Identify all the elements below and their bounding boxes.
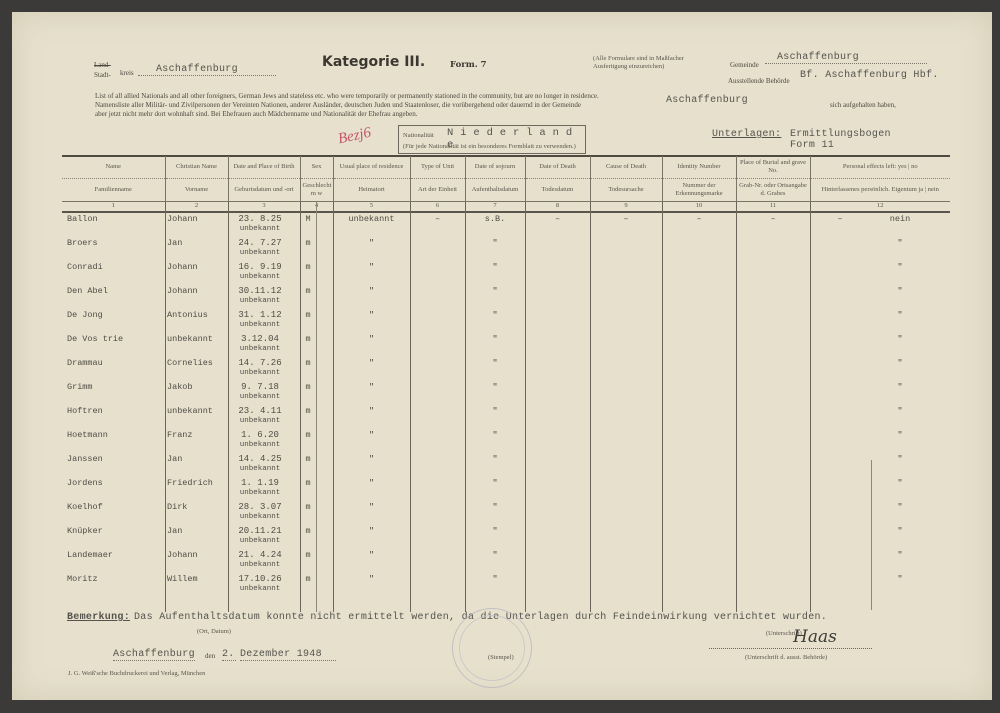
place-date-caption: (Ort, Datum) (197, 628, 231, 635)
intro-line-2: Namensliste aller Militär- und Zivilpers… (95, 101, 615, 110)
cell-dob: 14. 7.26 (230, 358, 290, 368)
col-header-death-cause: Cause of Death (590, 156, 662, 178)
cell-first: Dirk (167, 502, 227, 512)
cell-residence: " (333, 238, 410, 248)
cell-sojourn: " (465, 454, 525, 464)
sources-label: Unterlagen: (712, 129, 781, 140)
cell-dob: 17.10.26 (230, 574, 290, 584)
cell-effects-no: " (870, 334, 930, 344)
cell-effects-no: " (870, 238, 930, 248)
table-row: Hoftrenunbekannt23. 4.11unbekanntm""" (62, 406, 950, 432)
cell-sojourn: " (465, 574, 525, 584)
cell-cause: – (590, 214, 662, 224)
den-label: den (205, 652, 215, 661)
cell-pob: unbekannt (230, 225, 290, 233)
cell-first: Cornelies (167, 358, 227, 368)
col-header-birth: Date and Place of Birth (228, 156, 300, 178)
cell-sex: m (300, 454, 316, 464)
cell-first: Antonius (167, 310, 227, 320)
col-sub-christian-name: Vorname (165, 178, 228, 201)
table-row: BallonJohann23. 8.25unbekanntMunbekannt–… (62, 214, 950, 240)
cell-dob: 21. 4.24 (230, 550, 290, 560)
cell-residence: " (333, 478, 410, 488)
cell-name: Drammau (67, 358, 162, 368)
cell-residence: " (333, 286, 410, 296)
sources-value-1: Ermittlungsbogen (790, 129, 891, 140)
cell-first: Willem (167, 574, 227, 584)
cell-residence: " (333, 574, 410, 584)
table-row: Den AbelJohann30.11.12unbekanntm""" (62, 286, 950, 312)
col-header-effects: Personal effects left: yes | no (810, 156, 950, 178)
cell-residence: " (333, 334, 410, 344)
cell-first: Franz (167, 430, 227, 440)
cell-effects-no: " (870, 526, 930, 536)
cell-residence: " (333, 358, 410, 368)
cell-sex: m (300, 574, 316, 584)
cell-sex: m (300, 478, 316, 488)
cell-residence: " (333, 430, 410, 440)
table-row: KnüpkerJan20.11.21unbekanntm""" (62, 526, 950, 552)
fill-note: (Alle Formulare sind in Maßfacher Ausfer… (593, 55, 698, 71)
cell-sojourn: " (465, 526, 525, 536)
cell-sojourn: " (465, 430, 525, 440)
cell-death: – (525, 214, 590, 224)
col-sub-residence: Heimatort (333, 178, 410, 201)
signature-line (709, 648, 872, 649)
cell-effects-no: " (870, 310, 930, 320)
cell-residence: " (333, 382, 410, 392)
cell-name: Hoftren (67, 406, 162, 416)
col-sub-death-date: Todesdatum (525, 178, 590, 201)
col-header-name: Name (62, 156, 165, 178)
official-stamp (452, 608, 532, 688)
cell-dob: 1. 1.19 (230, 478, 290, 488)
cell-pob: unbekannt (230, 585, 290, 593)
cell-pob: unbekannt (230, 513, 290, 521)
col-sub-burial: Grab-Nr. oder Ortsangabe d. Grabes (736, 178, 810, 201)
cell-residence: " (333, 262, 410, 272)
cell-effects-no: " (870, 454, 930, 464)
cell-name: De Jong (67, 310, 162, 320)
cell-effects-no: " (870, 430, 930, 440)
cell-pob: unbekannt (230, 441, 290, 449)
col-header-unit: Type of Unit (410, 156, 465, 178)
cell-dob: 3.12.04 (230, 334, 290, 344)
cell-first: Johann (167, 214, 227, 224)
col-num-10: 10 (662, 201, 736, 212)
cell-effects-no: " (870, 358, 930, 368)
table-row: De JongAntonius31. 1.12unbekanntm""" (62, 310, 950, 336)
cell-sex: m (300, 310, 316, 320)
intro-line-1: List of all allied Nationals and all oth… (95, 92, 925, 101)
cell-effects-no: " (870, 574, 930, 584)
cell-pob: unbekannt (230, 369, 290, 377)
cell-burial: – (736, 214, 810, 224)
cell-name: Koelhof (67, 502, 162, 512)
table-row: KoelhofDirk28. 3.07unbekanntm""" (62, 502, 950, 528)
printer-imprint: J. G. Weiß'sche Buchdruckerei und Verlag… (68, 670, 205, 677)
cell-effects-no: " (870, 478, 930, 488)
sources-value-2: Form 11 (790, 140, 834, 151)
cell-sex: m (300, 550, 316, 560)
col-sub-birth: Geburtsdatum und -ort (228, 178, 300, 201)
cell-dob: 31. 1.12 (230, 310, 290, 320)
cell-pob: unbekannt (230, 249, 290, 257)
table-row: LandemaerJohann21. 4.24unbekanntm""" (62, 550, 950, 576)
col-sub-death-cause: Todesursache (590, 178, 662, 201)
cell-sojourn: " (465, 382, 525, 392)
cell-sojourn: " (465, 358, 525, 368)
cell-first: Johann (167, 550, 227, 560)
cell-pob: unbekannt (230, 465, 290, 473)
cell-first: Johann (167, 286, 227, 296)
cell-sojourn: " (465, 550, 525, 560)
col-num-11: 11 (736, 201, 810, 212)
col-sub-sex: Geschlecht m w (300, 178, 333, 201)
cell-dob: 9. 7.18 (230, 382, 290, 392)
col-header-sex: Sex (300, 156, 333, 178)
signature: Haas (793, 627, 837, 647)
cell-first: Jan (167, 526, 227, 536)
cell-dob: 24. 7.27 (230, 238, 290, 248)
intro-place: Aschaffenburg (666, 95, 748, 106)
col-num-5: 5 (333, 201, 410, 212)
stamp-caption: (Stempel) (488, 654, 514, 661)
col-num-1: 1 (62, 201, 165, 212)
cell-residence: " (333, 310, 410, 320)
cell-pob: unbekannt (230, 393, 290, 401)
cell-first: Jakob (167, 382, 227, 392)
cell-name: Hoetmann (67, 430, 162, 440)
cell-sojourn: " (465, 478, 525, 488)
cell-first: Jan (167, 454, 227, 464)
cell-sojourn: " (465, 310, 525, 320)
cell-residence: " (333, 550, 410, 560)
col-num-7: 7 (465, 201, 525, 212)
col-sub-sojourn: Aufenthaltsdatum (465, 178, 525, 201)
records-table-header: Name Christian Name Date and Place of Bi… (62, 156, 950, 213)
cell-dob: 23. 4.11 (230, 406, 290, 416)
form-number: Form. 7 (450, 60, 487, 70)
cell-sojourn: " (465, 406, 525, 416)
cell-sex: m (300, 502, 316, 512)
cell-name: Den Abel (67, 286, 162, 296)
col-header-christian-name: Christian Name (165, 156, 228, 178)
cell-name: Knüpker (67, 526, 162, 536)
col-num-8: 8 (525, 201, 590, 212)
cell-effects-no: " (870, 502, 930, 512)
cell-residence: " (333, 406, 410, 416)
cell-sojourn: " (465, 502, 525, 512)
table-row: BroersJan24. 7.27unbekanntm""" (62, 238, 950, 264)
cell-dob: 1. 6.20 (230, 430, 290, 440)
cell-name: Janssen (67, 454, 162, 464)
kreis-label: kreis (120, 69, 134, 78)
table-row: JordensFriedrich1. 1.19unbekanntm""" (62, 478, 950, 504)
table-row: DrammauCornelies14. 7.26unbekanntm""" (62, 358, 950, 384)
cell-sex: m (300, 334, 316, 344)
col-header-sojourn: Date of sojourn (465, 156, 525, 178)
cell-name: Conradi (67, 262, 162, 272)
cell-first: Johann (167, 262, 227, 272)
col-num-3: 3 (228, 201, 300, 212)
nationality-note: (Für jede Nationalität ist ein besondere… (403, 143, 576, 150)
cell-sex: m (300, 238, 316, 248)
cell-residence: unbekannt (333, 214, 410, 224)
cell-residence: " (333, 502, 410, 512)
cell-dob: 20.11.21 (230, 526, 290, 536)
date-day: 2. (222, 649, 236, 661)
cell-name: Broers (67, 238, 162, 248)
cell-sojourn: " (465, 286, 525, 296)
cell-pob: unbekannt (230, 273, 290, 281)
table-row: De Vos trieunbekannt3.12.04unbekanntm""" (62, 334, 950, 360)
cell-name: Jordens (67, 478, 162, 488)
gemeinde-label: Gemeinde (730, 61, 759, 70)
col-sub-unit: Art der Einheit (410, 178, 465, 201)
cell-pob: unbekannt (230, 561, 290, 569)
cell-unit: – (410, 214, 465, 224)
table-row: MoritzWillem17.10.26unbekanntm""" (62, 574, 950, 600)
cell-pob: unbekannt (230, 297, 290, 305)
table-row: ConradiJohann16. 9.19unbekanntm""" (62, 262, 950, 288)
nationality-box: Nationalität N i e d e r l a n d e (Für … (398, 125, 586, 154)
cell-sex: m (300, 526, 316, 536)
authority-caption: (Unterschrift d. ausst. Behörde) (745, 654, 827, 661)
cell-sex: M (300, 214, 316, 224)
cell-effects-no: " (870, 550, 930, 560)
cell-sojourn: " (465, 334, 525, 344)
cell-effects-no: " (870, 286, 930, 296)
cell-residence: " (333, 454, 410, 464)
cell-first: Jan (167, 238, 227, 248)
col-header-burial: Place of Burial and grave No. (736, 156, 810, 178)
cell-name: De Vos trie (67, 334, 162, 344)
col-num-12: 12 (810, 201, 950, 212)
intro-line-3: aber jetzt nicht mehr dort wohnhaft sind… (95, 110, 417, 119)
cell-effects-no: " (870, 262, 930, 272)
cell-sojourn: s.B. (465, 214, 525, 224)
cell-pob: unbekannt (230, 321, 290, 329)
cell-dob: 23. 8.25 (230, 214, 290, 224)
stadt-label: Stadt- (94, 71, 111, 80)
remark-label: Bemerkung: (67, 612, 130, 623)
cell-name: Landemaer (67, 550, 162, 560)
cell-id: – (662, 214, 736, 224)
cell-sex: m (300, 406, 316, 416)
col-header-residence: Usual place of residence (333, 156, 410, 178)
cell-sex: m (300, 262, 316, 272)
col-sub-identity: Nummer der Erkennungsmarke (662, 178, 736, 201)
cell-pob: unbekannt (230, 489, 290, 497)
col-header-identity: Identity Number (662, 156, 736, 178)
behoerde-label: Ausstellende Behörde (728, 77, 790, 86)
nationality-label: Nationalität (403, 132, 434, 139)
cell-sex: m (300, 430, 316, 440)
cell-dob: 14. 4.25 (230, 454, 290, 464)
landkreis-label-struck: Land- (94, 61, 111, 70)
date-month-year: Dezember 1948 (240, 649, 336, 661)
category-title: Kategorie III. (322, 54, 425, 70)
cell-sojourn: " (465, 262, 525, 272)
cell-name: Ballon (67, 214, 162, 224)
cell-residence: " (333, 526, 410, 536)
col-sub-effects: Hinterlassenes persönlich. Eigentum ja |… (810, 178, 950, 201)
col-header-death-date: Date of Death (525, 156, 590, 178)
cell-first: unbekannt (167, 406, 227, 416)
cell-effects-yes: – (810, 214, 870, 224)
cell-effects-no: " (870, 406, 930, 416)
cell-sex: m (300, 358, 316, 368)
kreis-value: Aschaffenburg (138, 64, 276, 76)
table-row: HoetmannFranz1. 6.20unbekanntm""" (62, 430, 950, 456)
cell-dob: 30.11.12 (230, 286, 290, 296)
cell-effects-no: nein (870, 214, 930, 224)
gemeinde-value: Aschaffenburg (765, 52, 927, 64)
place-value: Aschaffenburg (113, 649, 195, 661)
col-sub-name: Familienname (62, 178, 165, 201)
intro-tail: sich aufgehalten haben, (830, 101, 896, 110)
behoerde-value: Bf. Aschaffenburg Hbf. (800, 70, 939, 81)
cell-effects-no: " (870, 382, 930, 392)
table-row: JanssenJan14. 4.25unbekanntm""" (62, 454, 950, 480)
cell-pob: unbekannt (230, 537, 290, 545)
cell-dob: 16. 9.19 (230, 262, 290, 272)
col-num-6: 6 (410, 201, 465, 212)
cell-pob: unbekannt (230, 417, 290, 425)
cell-first: Friedrich (167, 478, 227, 488)
cell-name: Moritz (67, 574, 162, 584)
table-row: GrimmJakob9. 7.18unbekanntm""" (62, 382, 950, 408)
col-num-9: 9 (590, 201, 662, 212)
cell-sex: m (300, 286, 316, 296)
cell-first: unbekannt (167, 334, 227, 344)
cell-name: Grimm (67, 382, 162, 392)
cell-dob: 28. 3.07 (230, 502, 290, 512)
cell-sex: m (300, 382, 316, 392)
col-num-2: 2 (165, 201, 228, 212)
cell-sojourn: " (465, 238, 525, 248)
cell-pob: unbekannt (230, 345, 290, 353)
